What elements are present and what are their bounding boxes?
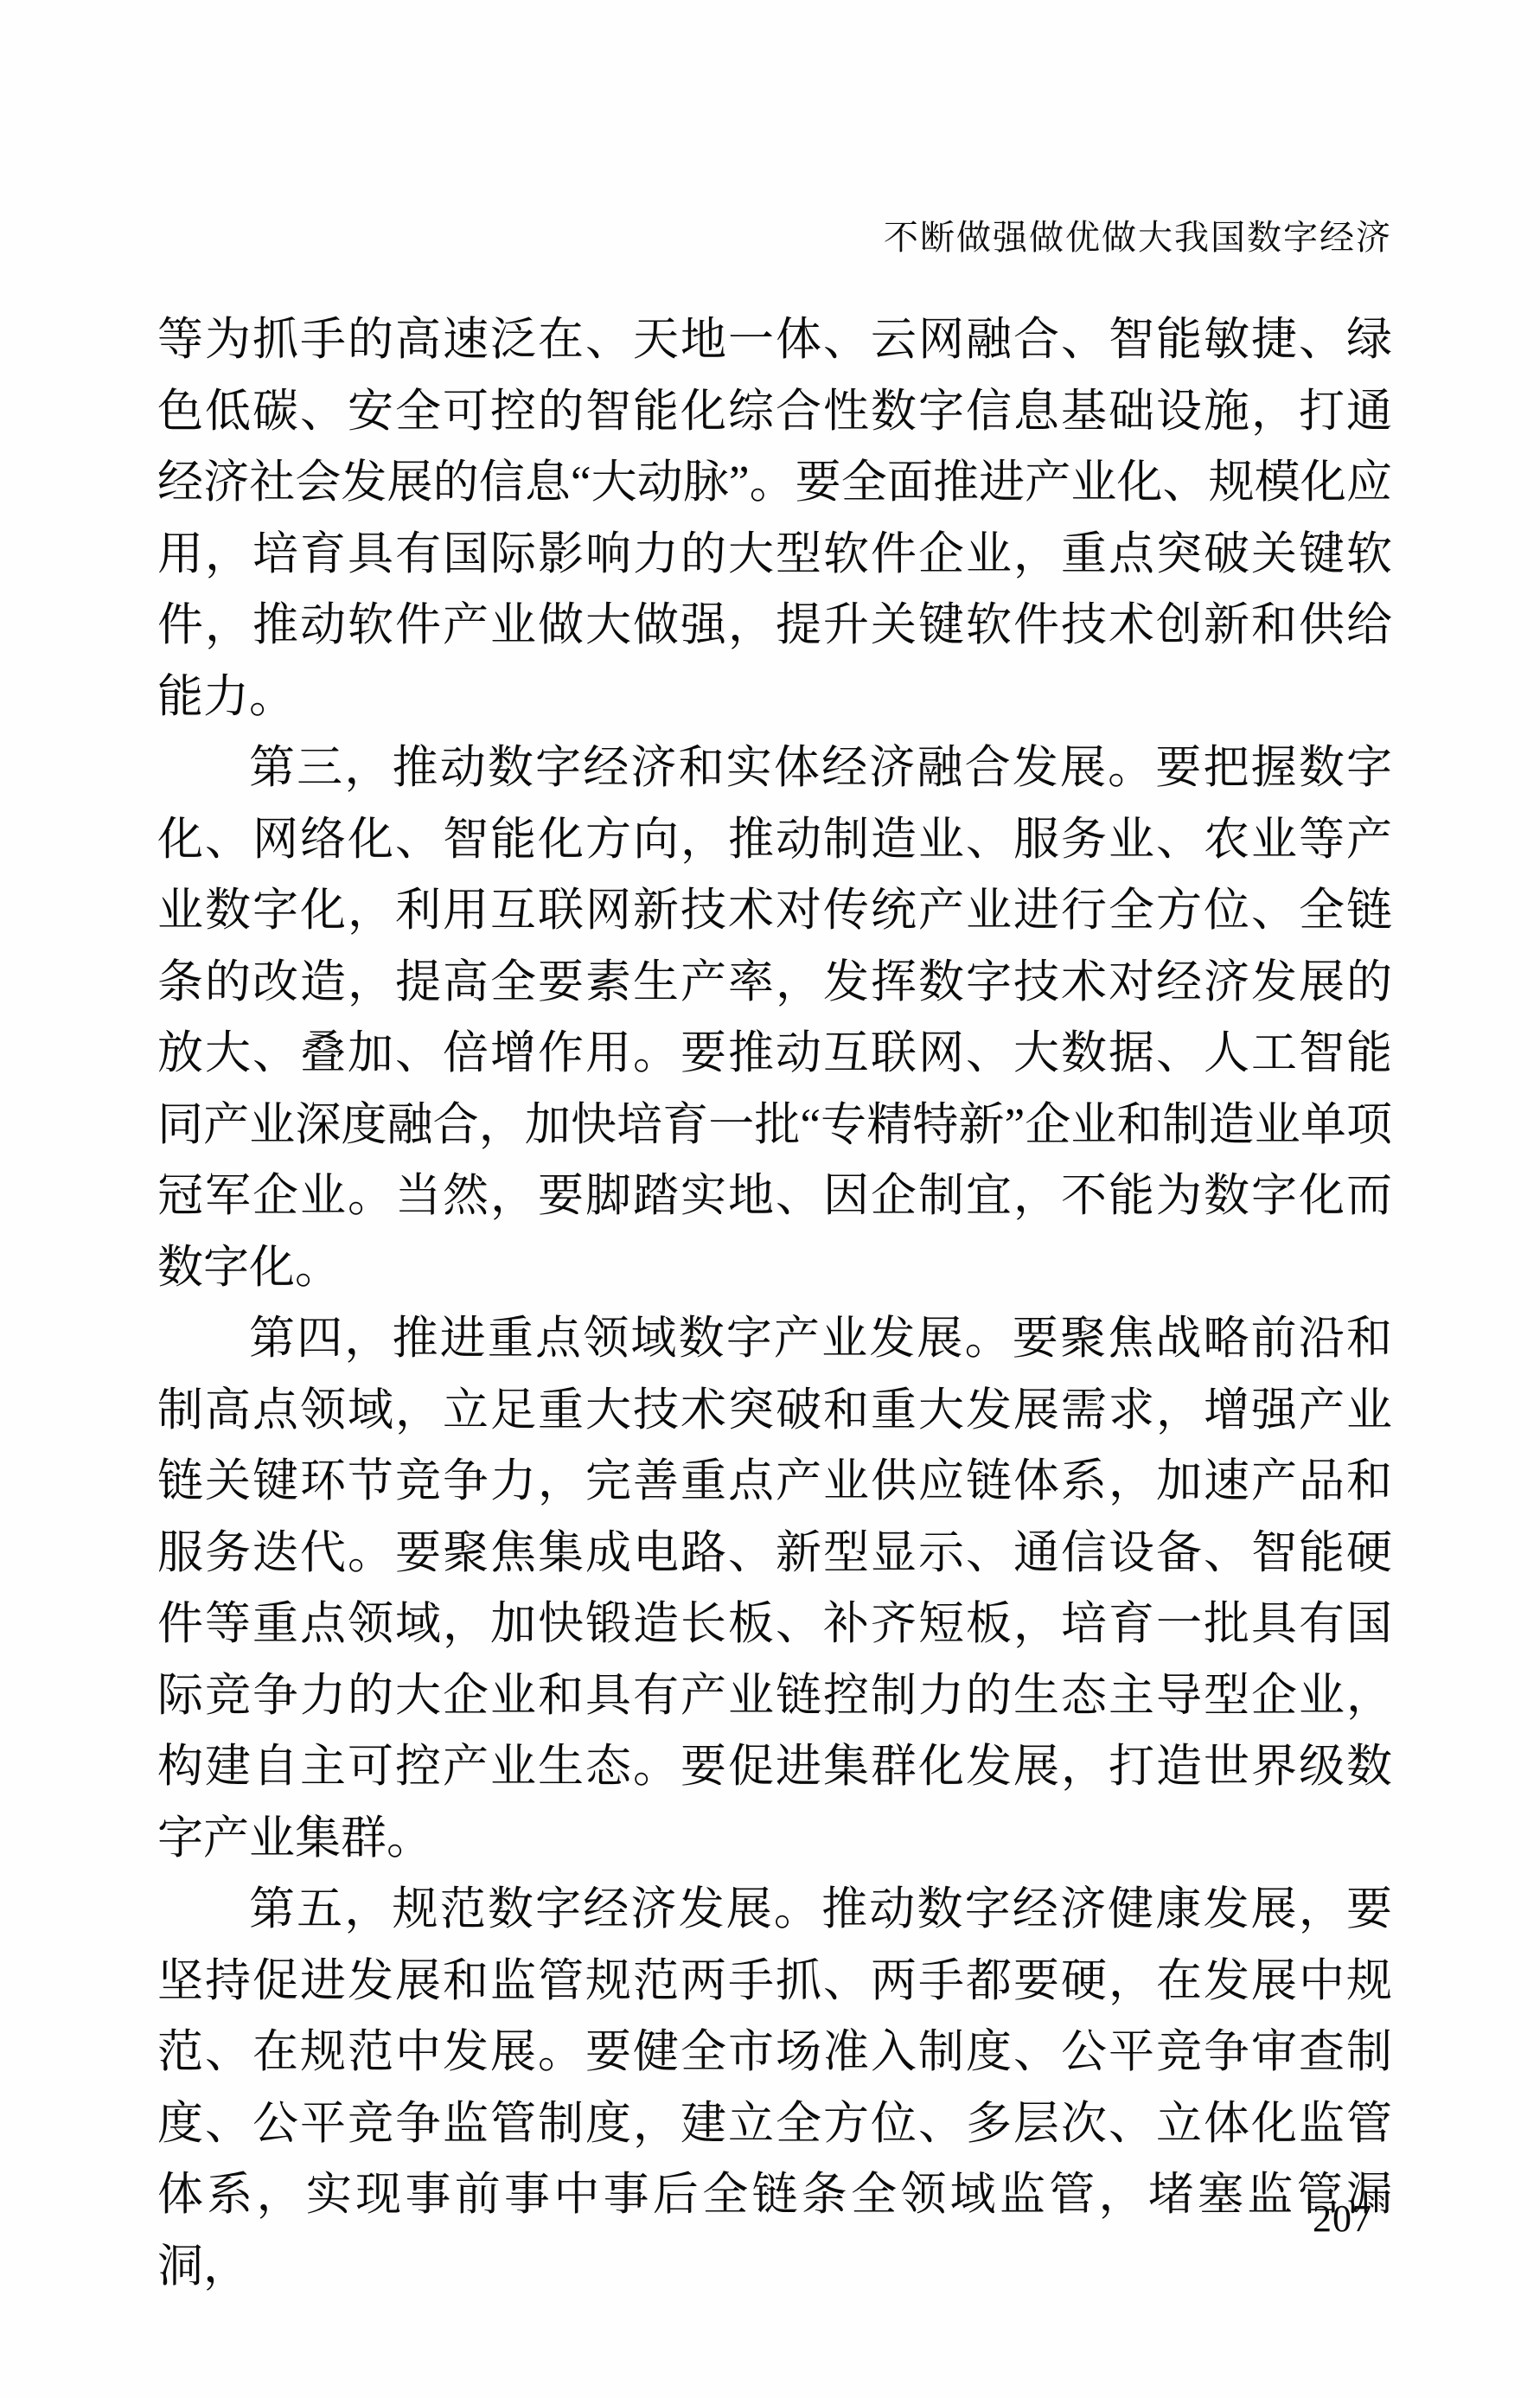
paragraph-point-five: 第五，规范数字经济发展。推动数字经济健康发展，要坚持促进发展和监管规范两手抓、两…: [157, 1874, 1392, 2302]
paragraph-continuation: 等为抓手的高速泛在、天地一体、云网融合、智能敏捷、绿色低碳、安全可控的智能化综合…: [157, 304, 1392, 732]
paragraph-point-four: 第四，推进重点领域数字产业发展。要聚焦战略前沿和制高点领域，立足重大技术突破和重…: [157, 1303, 1392, 1874]
body-text: 等为抓手的高速泛在、天地一体、云网融合、智能敏捷、绿色低碳、安全可控的智能化综合…: [157, 304, 1392, 2302]
paragraph-point-three: 第三，推动数字经济和实体经济融合发展。要把握数字化、网络化、智能化方向，推动制造…: [157, 732, 1392, 1303]
page-number: 207: [1313, 2197, 1372, 2241]
running-head: 不断做强做优做大我国数字经济: [884, 210, 1392, 259]
book-page: 不断做强做优做大我国数字经济 等为抓手的高速泛在、天地一体、云网融合、智能敏捷、…: [0, 0, 1540, 2398]
